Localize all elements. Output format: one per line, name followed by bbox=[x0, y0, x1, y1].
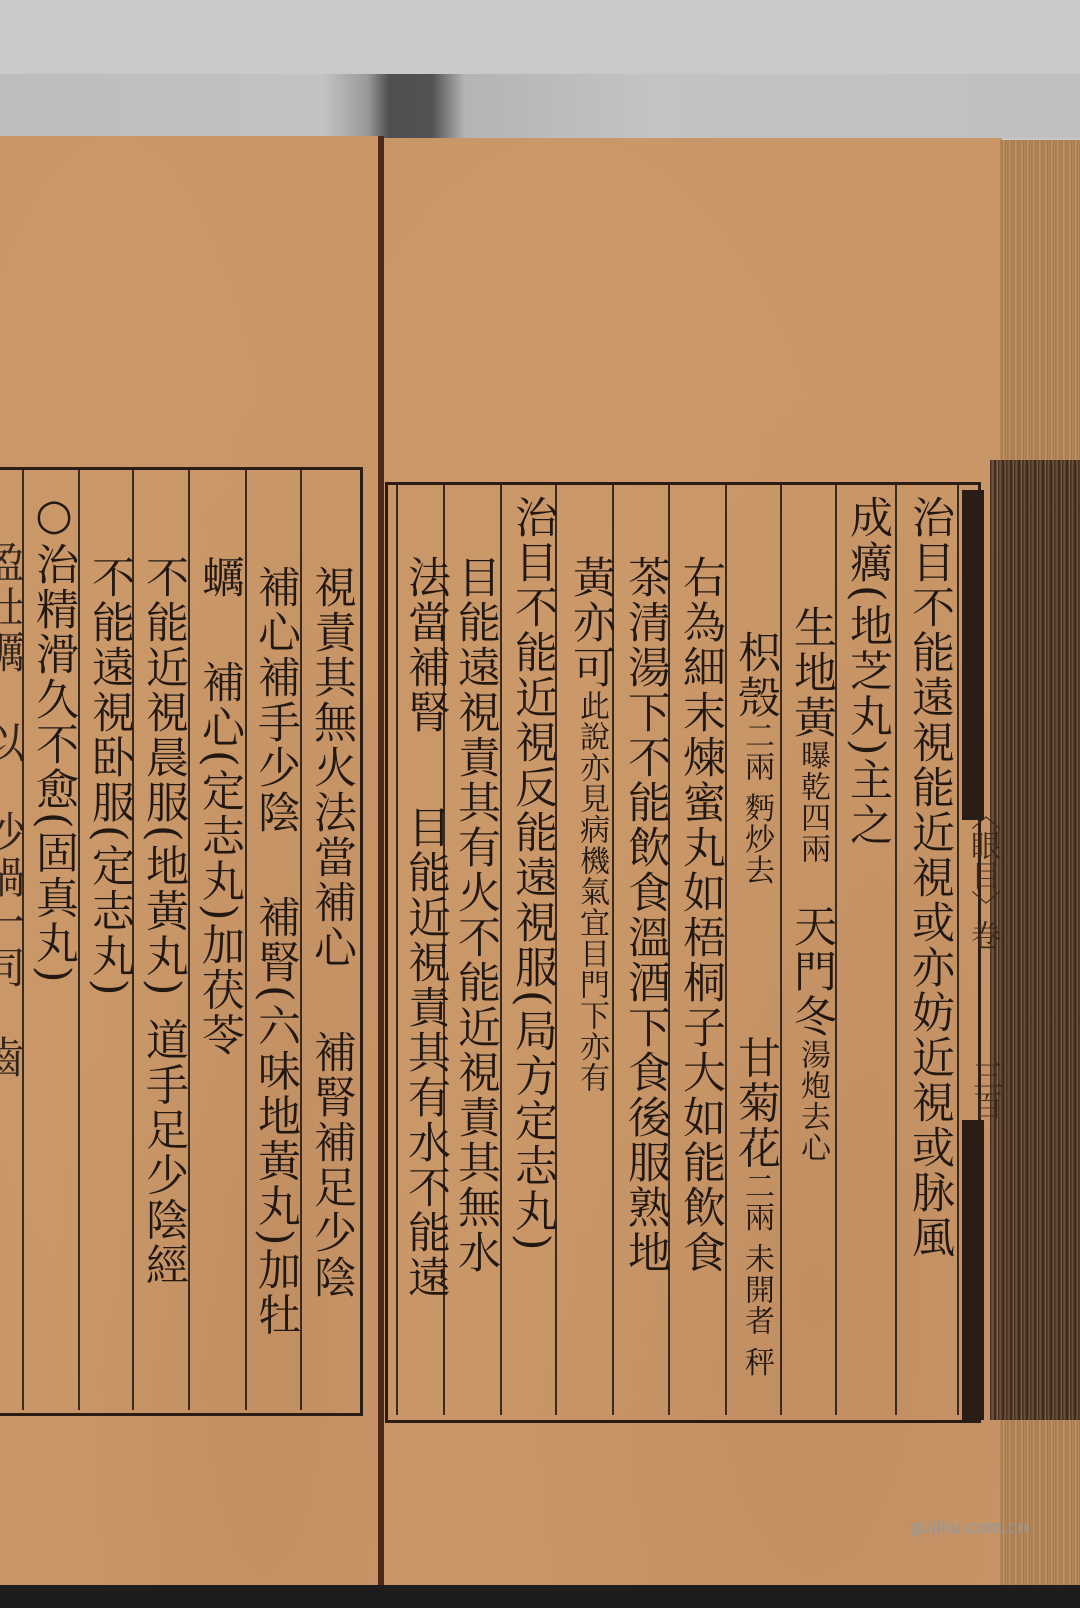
column-text: 不能近視晨服(地黃丸) bbox=[139, 555, 189, 998]
herb-name: 枳殼 bbox=[731, 630, 781, 720]
column-text: 不能遠視卧服(定志丸) bbox=[85, 555, 135, 998]
text-column-r10: 法當補腎目能近視責其有水不能遠 bbox=[400, 555, 452, 1300]
column-text: 視責其無火法當補心 bbox=[307, 565, 357, 970]
column-text: 目能遠視責其有火不能近視責其無水 bbox=[451, 555, 501, 1275]
text-column-r3: 生地黃曝乾四兩天門冬湯炮去心 bbox=[786, 605, 838, 1163]
text-column-r5: 右為細末煉蜜丸如梧桐子大如能飲食 bbox=[675, 555, 727, 1275]
text-column-r6: 茶清湯下不能飲食溫酒下食後服熟地 bbox=[620, 555, 672, 1275]
text-column-r7: 黃亦可此說亦見病機氣宜目門下亦有 bbox=[565, 555, 617, 1093]
text-column-r2: 成癘(地芝丸)主之 bbox=[842, 495, 894, 848]
column-rule bbox=[895, 485, 897, 1415]
herb-name: 生地黃 bbox=[787, 605, 837, 740]
herb-annotation: 湯炮去心 bbox=[795, 1039, 830, 1163]
herb-annotation: 二兩 麪炒去 bbox=[739, 720, 774, 886]
commentary-annotation: 此說亦見病機氣宜目門下亦有 bbox=[574, 690, 609, 1093]
book-gutter bbox=[378, 136, 384, 1588]
column-text: 蠣 bbox=[195, 555, 245, 600]
column-text: 治目不能遠視能近視或亦妨近視或脉風 bbox=[905, 495, 955, 1260]
text-column-l6: ○治精滑久不愈(固真丸) bbox=[28, 490, 80, 985]
column-text: 法當補腎 bbox=[401, 555, 451, 735]
herb-name: 甘菊花 bbox=[731, 1036, 781, 1171]
column-text: 治精滑久不愈(固真丸) bbox=[29, 542, 79, 985]
column-text: 治目不能近視反能遠視服(局方定志丸) bbox=[508, 495, 558, 1253]
text-column-l4: 不能近視晨服(地黃丸)道手足少陰經 bbox=[138, 555, 190, 1288]
herb-name: 天門冬 bbox=[787, 904, 837, 1039]
text-column-r1: 治目不能遠視能近視或亦妨近視或脉風 bbox=[904, 495, 956, 1260]
scan-background-bottom bbox=[0, 1585, 1080, 1608]
banxin-page-number: 三百 bbox=[962, 1060, 1006, 1120]
column-text: 補腎(六味地黃丸)加牡 bbox=[251, 895, 301, 1338]
section-circle-marker: ○ bbox=[29, 490, 79, 542]
column-text: 右為細末煉蜜丸如梧桐子大如能飲食 bbox=[676, 555, 726, 1275]
column-text: 補腎補足少陰 bbox=[307, 1030, 357, 1300]
banxin-black-fishtail bbox=[962, 1120, 984, 1420]
column-text: 黃亦可 bbox=[566, 555, 616, 690]
watermark: gujiku.com.cn bbox=[910, 1518, 1028, 1538]
column-text: 道手足少陰經 bbox=[139, 1018, 189, 1288]
text-column-l7-partial: 盈壯蠣…以…沙鍋一同…齒… bbox=[0, 540, 26, 1125]
text-column-l2: 補心補手少陰補腎(六味地黃丸)加牡 bbox=[250, 565, 302, 1338]
column-text: 補心(定志丸)加茯苓 bbox=[195, 660, 245, 1058]
column-rule bbox=[957, 485, 959, 1415]
column-text: 補心補手少陰 bbox=[251, 565, 301, 835]
banxin-title-fragment: 〈眼目〉卷 bbox=[960, 800, 1004, 950]
column-text: 茶清湯下不能飲食溫酒下食後服熟地 bbox=[621, 555, 671, 1275]
herb-annotation: 曝乾四兩 bbox=[795, 740, 830, 864]
column-text: 目能近視責其有水不能遠 bbox=[401, 805, 451, 1300]
text-column-l3: 蠣補心(定志丸)加茯苓 bbox=[194, 555, 246, 1058]
text-column-r4: 枳殼二兩 麪炒去甘菊花二兩 未開者 秤 bbox=[730, 630, 782, 1378]
text-column-r9: 目能遠視責其有火不能近視責其無水 bbox=[450, 555, 502, 1275]
scan-background-top bbox=[0, 0, 1080, 74]
herb-annotation: 二兩 未開者 秤 bbox=[739, 1171, 774, 1378]
banxin-black-fishtail bbox=[962, 490, 984, 820]
column-text: 成癘(地芝丸)主之 bbox=[843, 495, 893, 848]
column-rule bbox=[396, 485, 398, 1415]
text-column-r8: 治目不能近視反能遠視服(局方定志丸) bbox=[507, 495, 559, 1253]
text-column-l1: 視責其無火法當補心補腎補足少陰 bbox=[306, 565, 358, 1300]
column-text: 盈壯蠣…以…沙鍋一同…齒… bbox=[0, 540, 25, 1125]
scan-backdrop bbox=[0, 74, 1080, 138]
text-column-l5: 不能遠視卧服(定志丸) bbox=[84, 555, 136, 998]
